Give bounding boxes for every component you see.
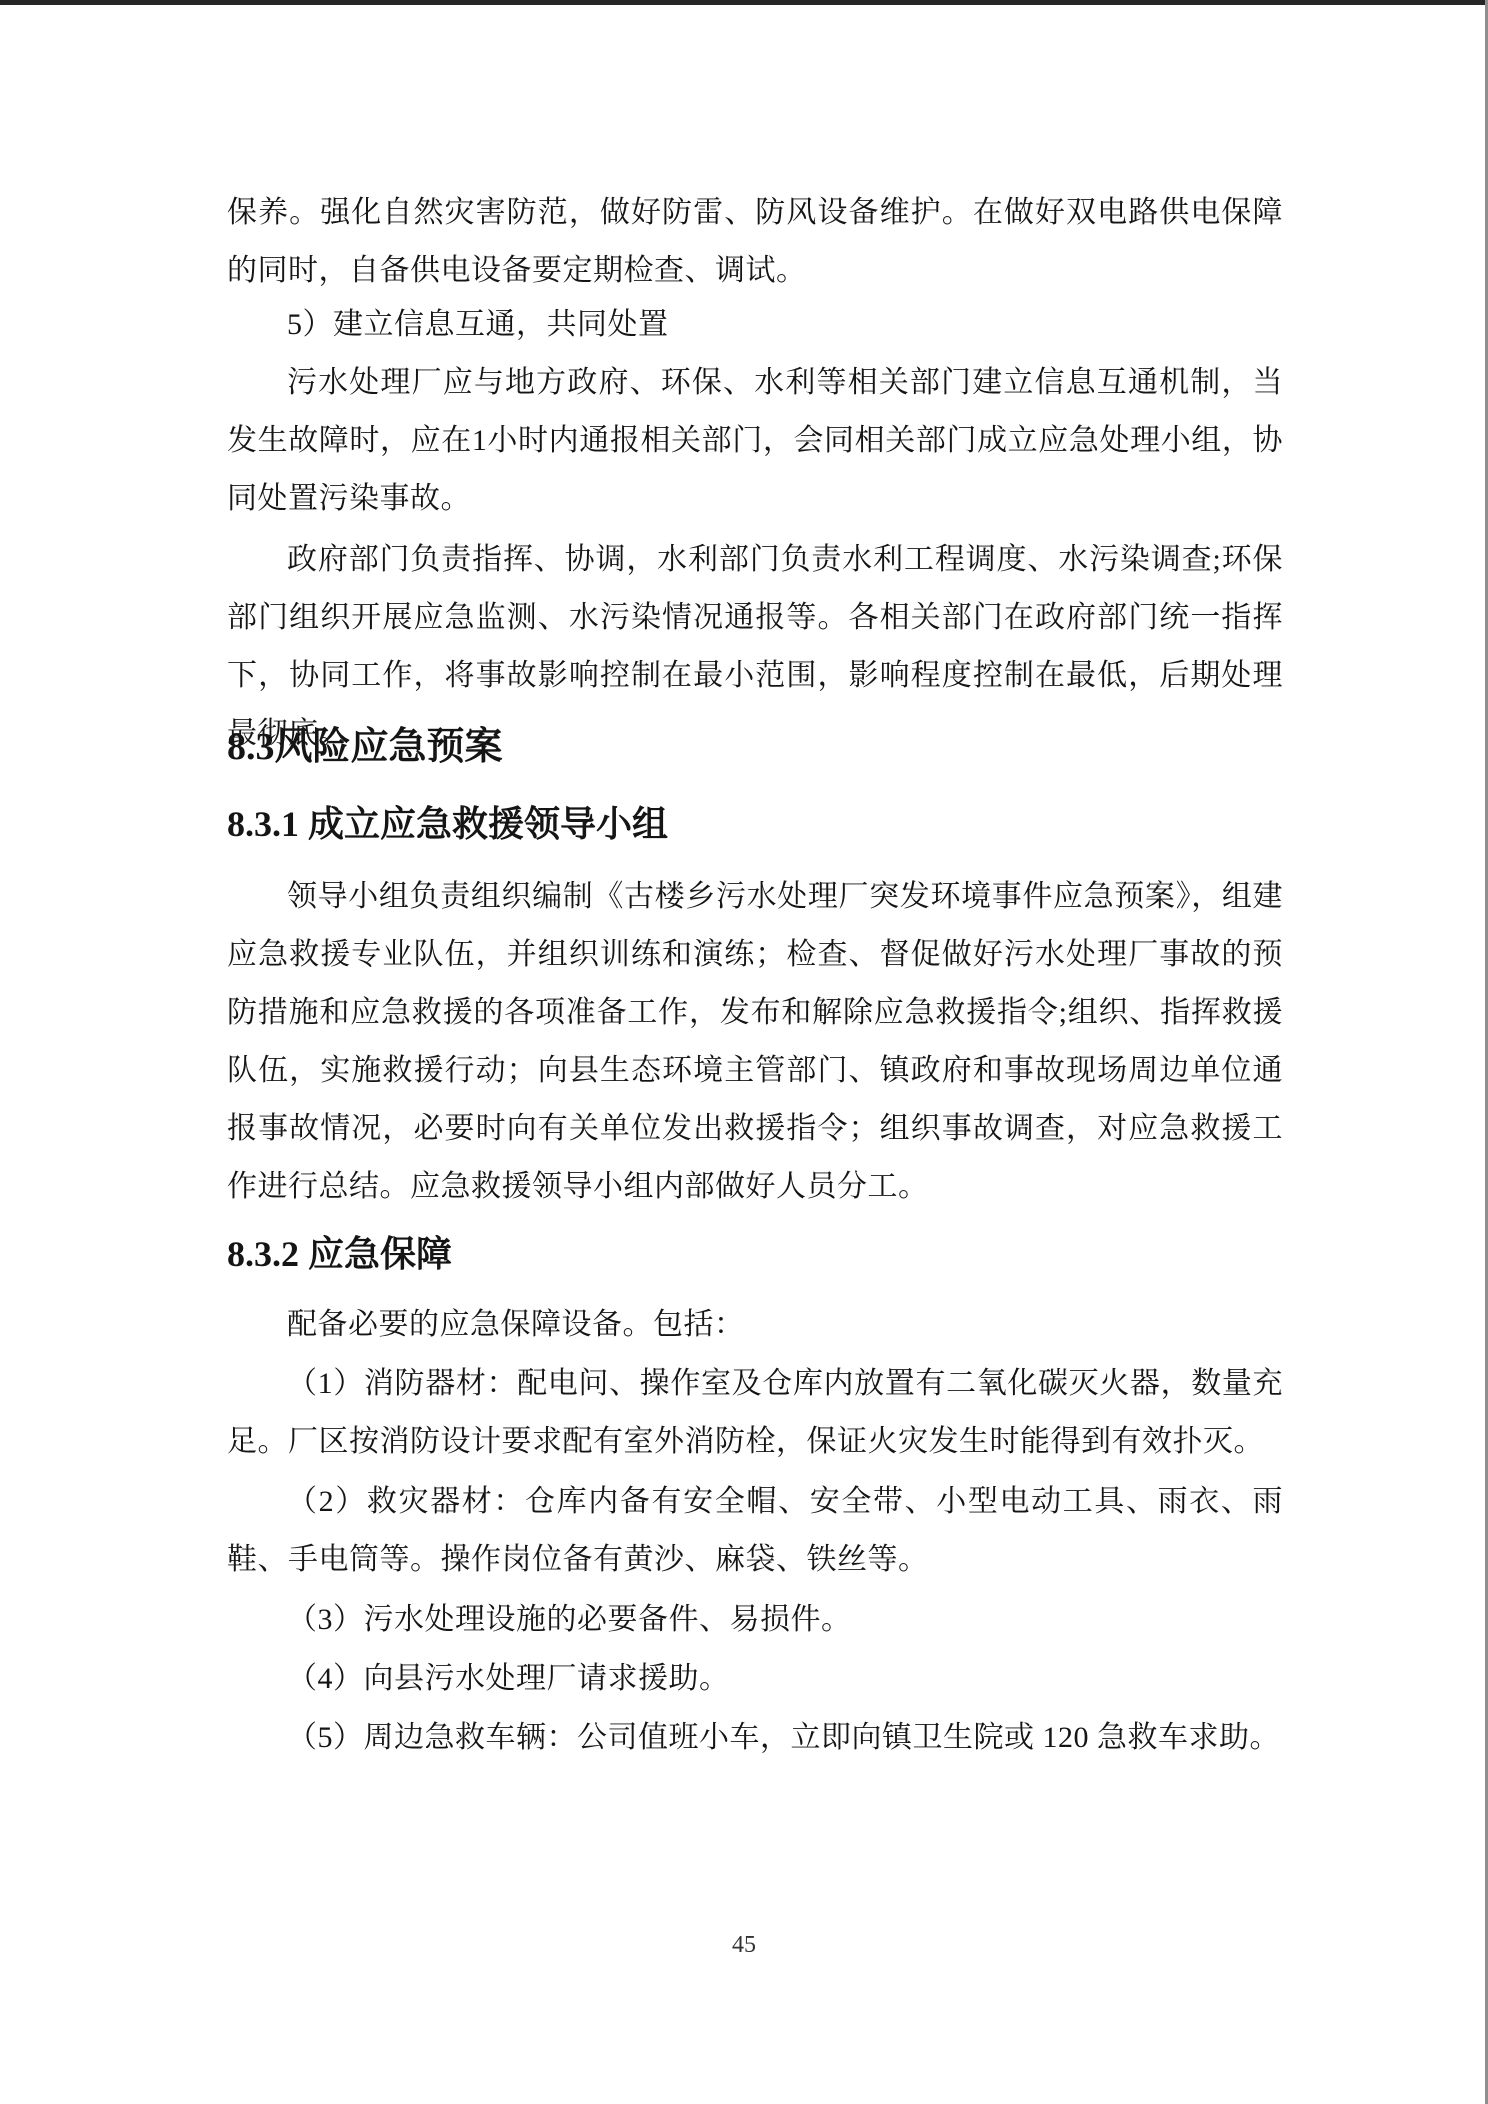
list-item-1-fire-equipment: （1）消防器材：配电问、操作室及仓库内放置有二氧化碳灭火器，数量充足。厂区按消防… bbox=[227, 1355, 1283, 1471]
heading-8-3-2-emergency-support: 8.3.2 应急保障 bbox=[227, 1230, 1283, 1278]
page-top-border bbox=[0, 0, 1488, 5]
heading-8-3-1-rescue-leading-group: 8.3.1 成立应急救援领导小组 bbox=[227, 800, 1283, 848]
paragraph-info-sharing-mechanism: 污水处理厂应与地方政府、环保、水利等相关部门建立信息互通机制，当发生故障时，应在… bbox=[227, 354, 1283, 528]
list-item-2-disaster-relief-equipment: （2）救灾器材：仓库内备有安全帽、安全带、小型电动工具、雨衣、雨鞋、手电筒等。操… bbox=[227, 1473, 1283, 1589]
heading-8-3-risk-emergency-plan: 8.3风险应急预案 bbox=[227, 722, 1283, 772]
paragraph-leading-group-duties: 领导小组负责组织编制《古楼乡污水处理厂突发环境事件应急预案》，组建应急救援专业队… bbox=[227, 868, 1283, 1216]
paragraph-equipment-maintenance: 保养。强化自然灾害防范，做好防雷、防风设备维护。在做好双电路供电保障的同时，自备… bbox=[227, 184, 1283, 300]
paragraph-support-equipment-intro: 配备必要的应急保障设备。包括： bbox=[227, 1296, 1283, 1354]
list-item-4-county-plant-assistance: （4）向县污水处理厂请求援助。 bbox=[227, 1650, 1283, 1708]
list-item-3-spare-parts: （3）污水处理设施的必要备件、易损件。 bbox=[227, 1591, 1283, 1649]
document-page: 保养。强化自然灾害防范，做好防雷、防风设备维护。在做好双电路供电保障的同时，自备… bbox=[0, 0, 1488, 2104]
list-item-5-rescue-vehicles: （5）周边急救车辆：公司值班小车，立即向镇卫生院或 120 急救车求助。 bbox=[227, 1709, 1283, 1767]
list-item-5-info-sharing: 5）建立信息互通，共同处置 bbox=[227, 296, 1283, 354]
page-number: 45 bbox=[0, 1928, 1488, 1962]
